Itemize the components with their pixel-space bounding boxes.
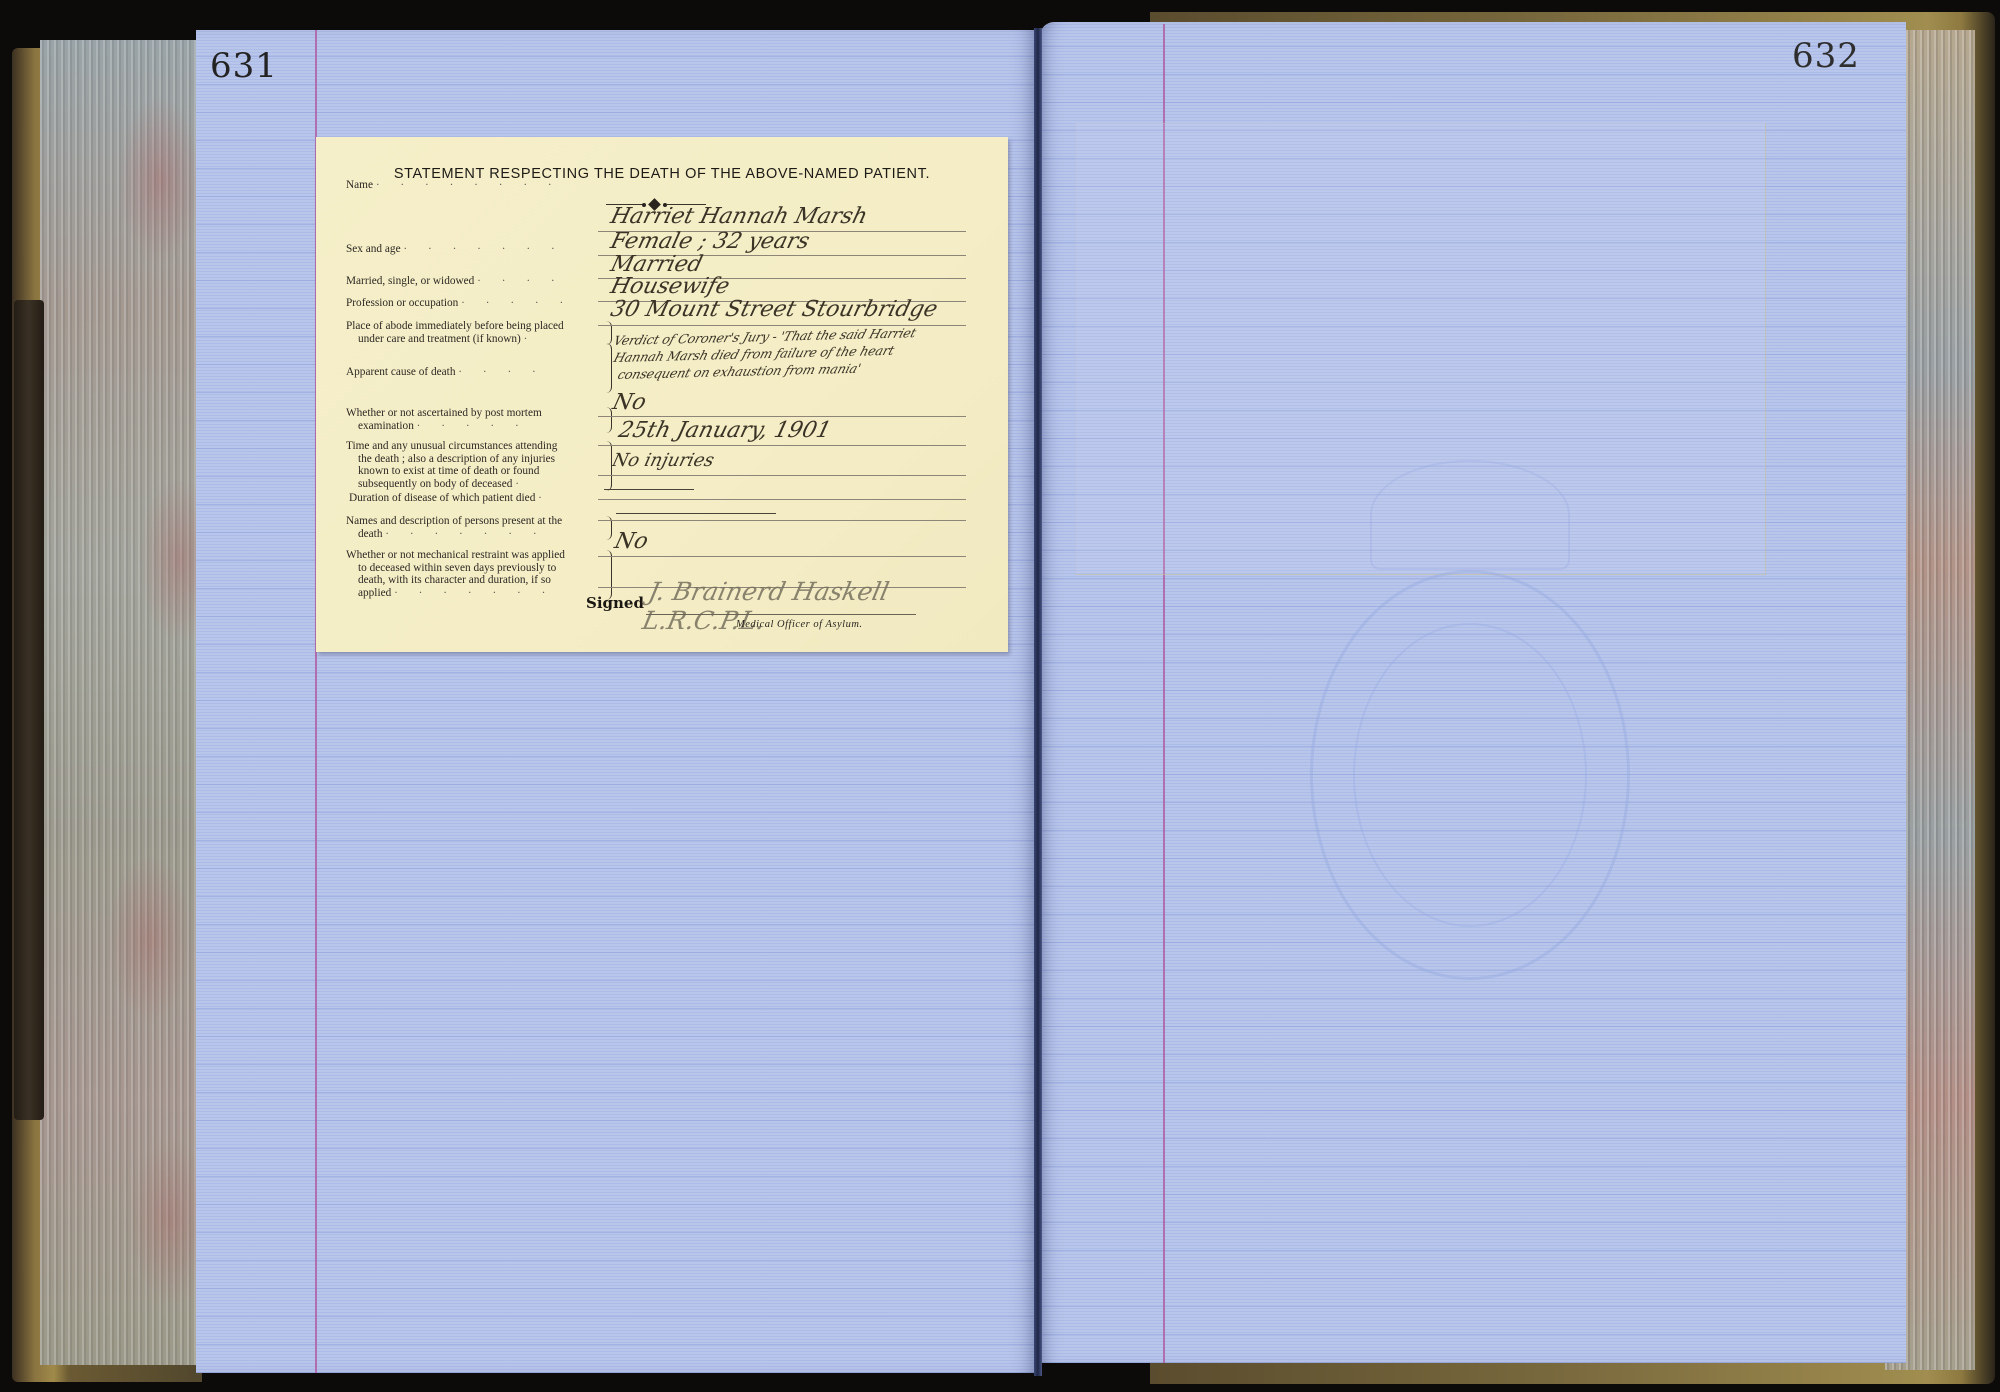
field-value-time-of-death: 25th January, 1901 [616, 418, 834, 443]
field-value-mechanical-restraint: No [612, 529, 651, 554]
field-value-occupation: Housewife [608, 274, 732, 299]
bookmark-ribbon [14, 300, 44, 1120]
field-label-occupation: Profession or occupation · · · · · [346, 297, 636, 310]
watermark-seal-icon [1310, 570, 1630, 980]
signed-label: Signed [586, 594, 644, 612]
rule [598, 475, 966, 476]
right-page-number: 632 [1792, 36, 1860, 76]
rule [598, 520, 966, 521]
field-label-name: Name · · · · · · · · [346, 179, 636, 192]
field-label-mechanical-restraint: Whether or not mechanical restraint was … [346, 549, 636, 599]
field-value-name: Harriet Hannah Marsh [608, 204, 870, 229]
left-page-number: 631 [210, 46, 278, 86]
book-gutter [1034, 28, 1042, 1376]
rule [598, 499, 966, 500]
field-value-sex-age: Female ; 32 years [608, 229, 812, 254]
brace [606, 550, 612, 600]
watermark-crown-icon [1370, 460, 1570, 570]
field-label-time-circumstances: Time and any unusual circumstances atten… [346, 440, 636, 490]
signer-title: Medical Officer of Asylum. [736, 619, 863, 630]
field-label-duration: Duration of disease of which patient die… [349, 492, 639, 505]
blank-stroke [616, 513, 776, 514]
brace [606, 343, 612, 393]
rule [598, 416, 966, 417]
rule [598, 556, 966, 557]
signature-line [646, 614, 916, 615]
field-value-post-mortem: No [610, 390, 649, 415]
field-label-post-mortem: Whether or not ascertained by post morte… [346, 407, 636, 432]
field-value-injuries: No injuries [610, 450, 716, 471]
field-label-abode: Place of abode immediately before being … [346, 320, 636, 345]
field-label-cause-of-death: Apparent cause of death · · · · [346, 366, 636, 379]
field-label-sex-age: Sex and age · · · · · · · [346, 243, 636, 256]
field-label-marital-status: Married, single, or widowed · · · · [346, 275, 636, 288]
field-value-abode: 30 Mount Street Stourbridge [608, 297, 940, 322]
page-block-left [40, 40, 200, 1365]
death-statement-card: STATEMENT RESPECTING THE DEATH OF THE AB… [316, 137, 1008, 652]
field-label-persons-present: Names and description of persons present… [346, 515, 636, 540]
rule [598, 445, 966, 446]
blank-stroke [604, 489, 694, 490]
